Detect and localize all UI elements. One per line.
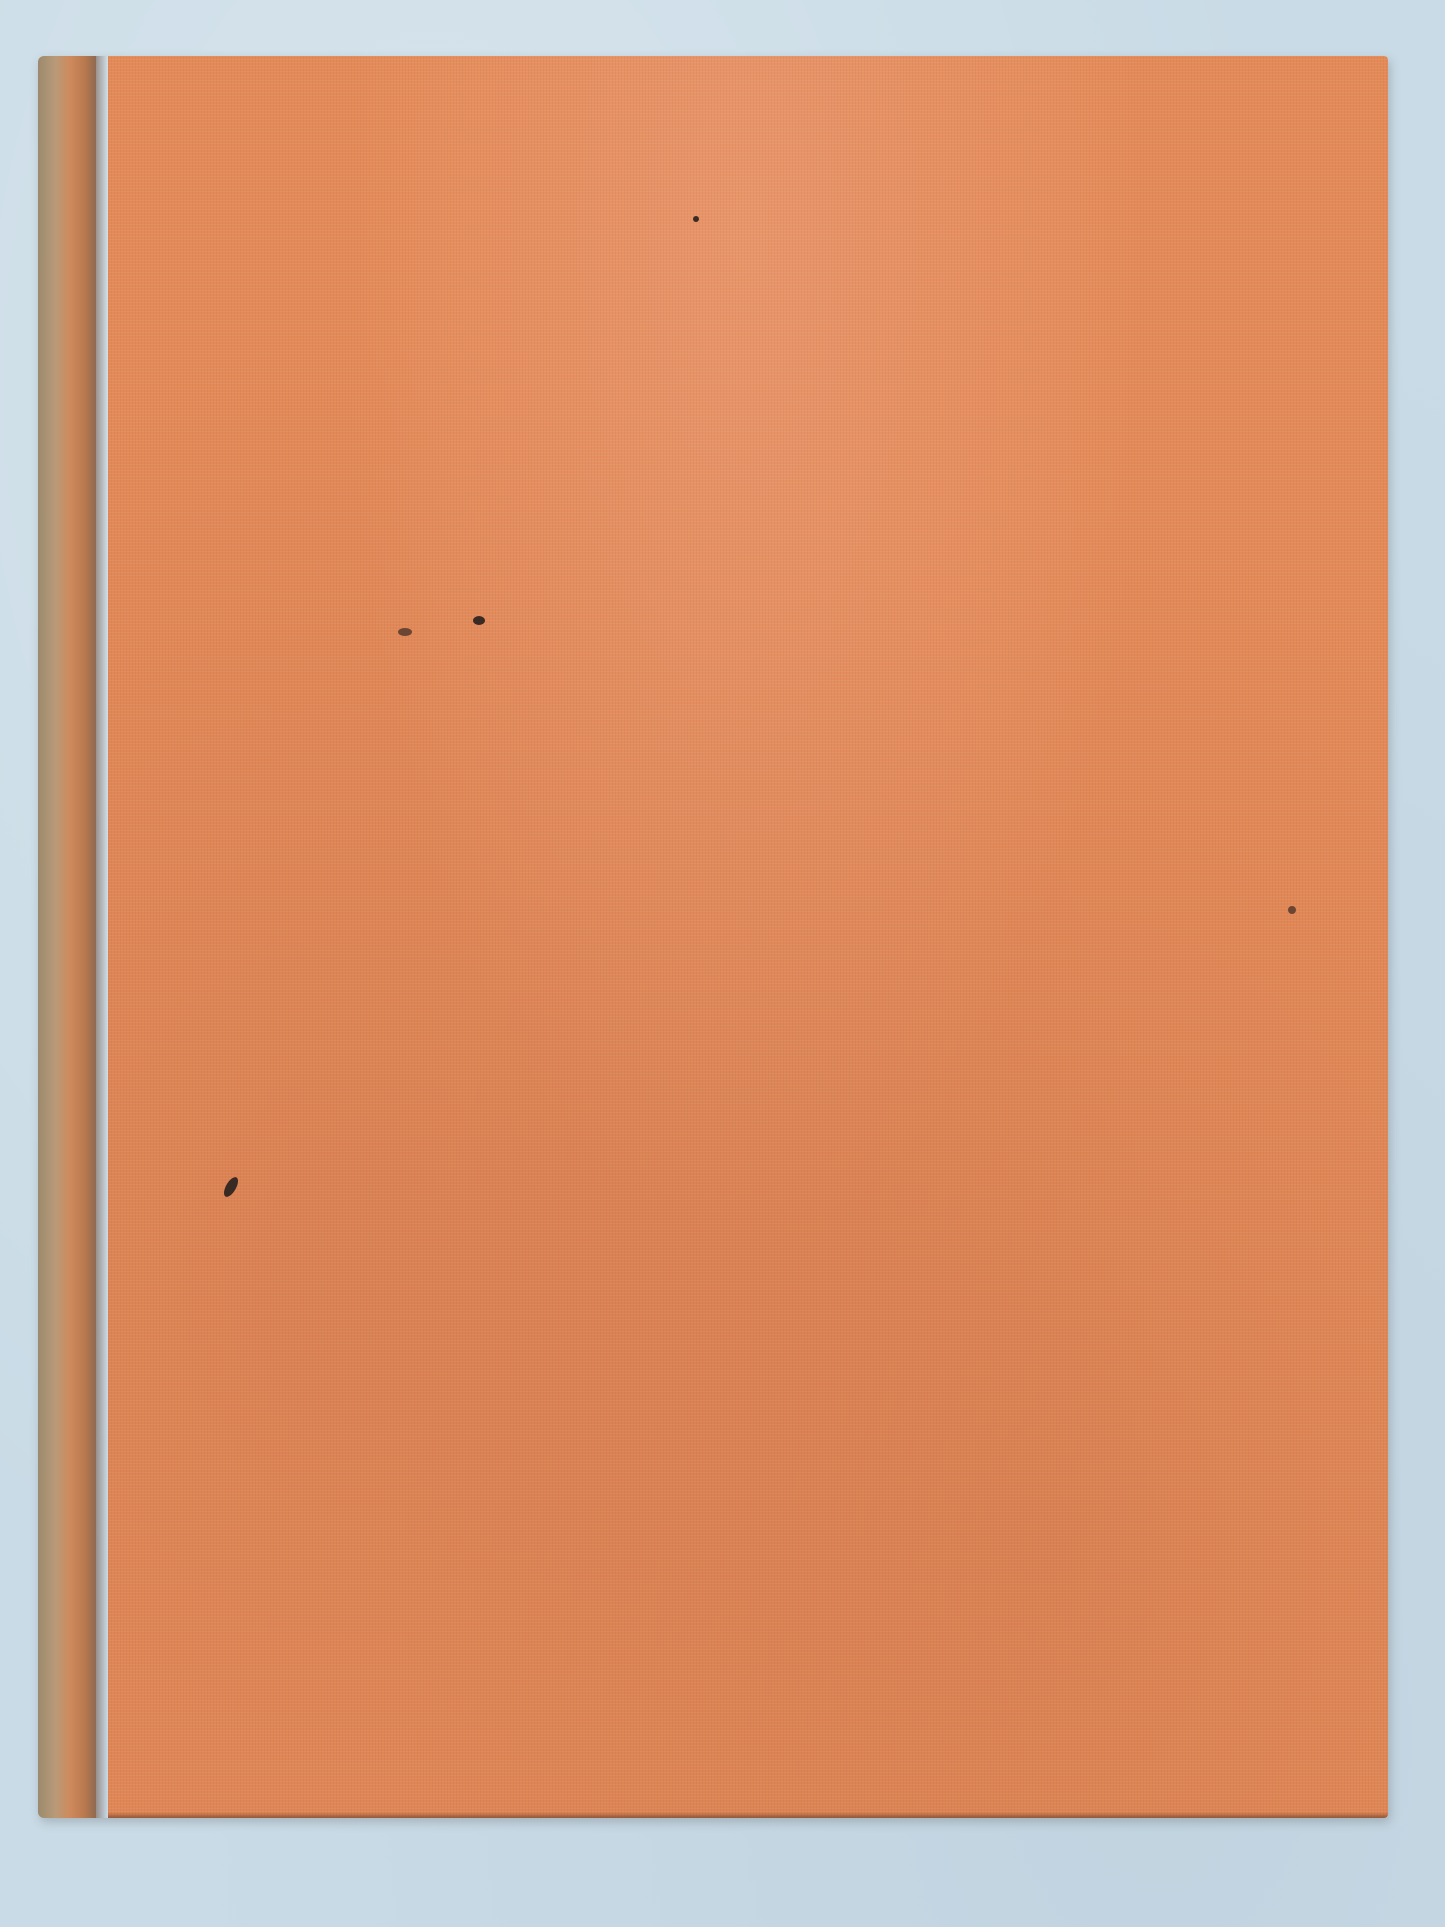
book-spine — [38, 56, 96, 1818]
ink-spot — [221, 1175, 241, 1199]
ink-spot — [473, 616, 485, 625]
edge-wear — [108, 1812, 1388, 1818]
ink-spot — [693, 216, 699, 222]
ink-spot — [398, 628, 412, 636]
book — [38, 56, 1388, 1818]
book-hinge — [96, 56, 108, 1818]
book-cover — [108, 56, 1388, 1818]
ink-spot — [1288, 906, 1296, 914]
